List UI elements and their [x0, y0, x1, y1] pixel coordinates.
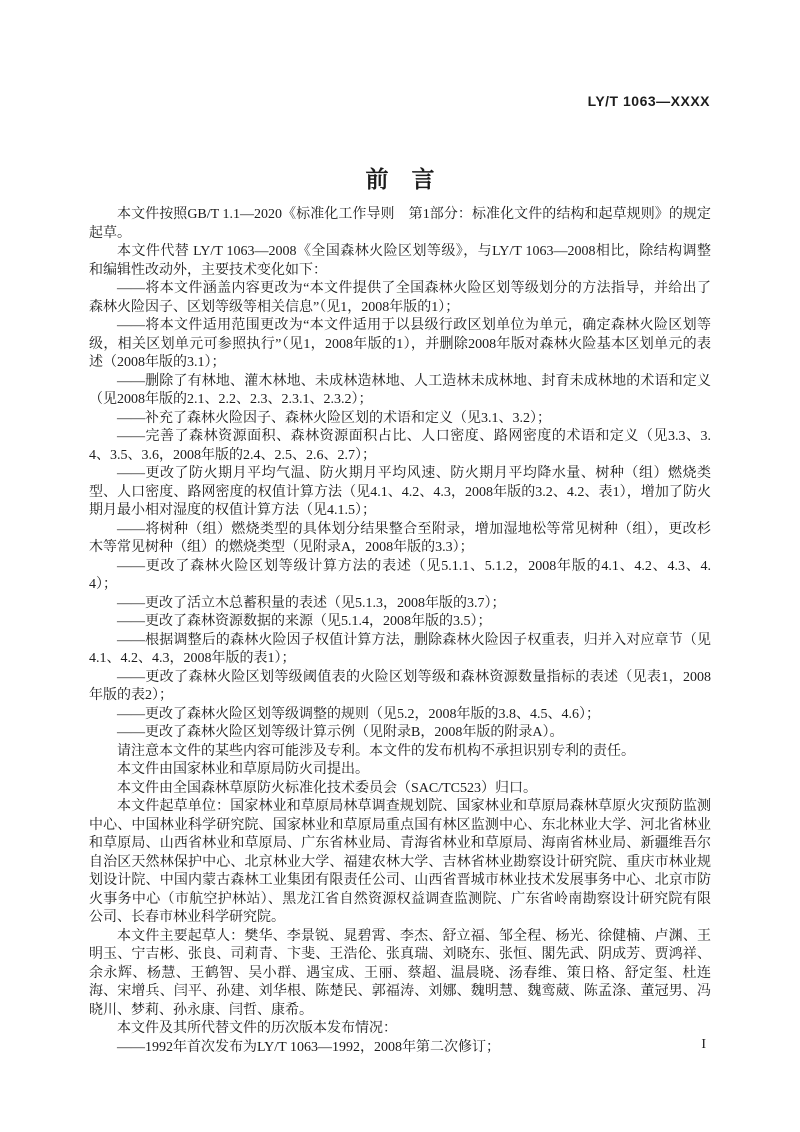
paragraph-main-drafters: 本文件主要起草人：樊华、李景锐、晁碧霄、李杰、舒立福、邹全程、杨光、徐健楠、卢渊… — [89, 928, 711, 1021]
paragraph-replacement-note: 本文件代替 LY/T 1063—2008《全国森林火险区划等级》，与LY/T 1… — [89, 243, 711, 280]
change-item-adjustment-rules: ——更改了森林火险区划等级调整的规则（见5.2，2008年版的3.8、4.5、4… — [89, 706, 711, 725]
foreword-body: 本文件按照GB/T 1.1—2020《标准化工作导则 第1部分：标准化文件的结构… — [89, 206, 711, 1057]
paragraph-version-history-intro: 本文件及其所代替文件的历次版本发布情况： — [89, 1020, 711, 1039]
paragraph-proposed-by: 本文件由国家林业和草原局防火司提出。 — [89, 761, 711, 780]
change-item-calc-example: ——更改了森林火险区划等级计算示例（见附录B，2008年版的附录A）。 — [89, 724, 711, 743]
change-item-added-terms: ——补充了森林火险因子、森林火险区划的术语和定义（见3.1、3.2）； — [89, 410, 711, 429]
paragraph-patent-note: 请注意本文件的某些内容可能涉及专利。本文件的发布机构不承担识别专利的责任。 — [89, 743, 711, 762]
version-history-item: ——1992年首次发布为LY/T 1063—1992，2008年第二次修订； — [89, 1039, 711, 1058]
change-item-improved-terms: ——完善了森林资源面积、森林资源面积占比、人口密度、路网密度的术语和定义（见3.… — [89, 428, 711, 465]
paragraph-drafting-organizations: 本文件起草单位：国家林业和草原局林草调查规划院、国家林业和草原局森林草原火灾预防… — [89, 798, 711, 928]
change-item-burning-types: ——将树种（组）燃烧类型的具体划分结果整合至附录，增加湿地松等常见树种（组），更… — [89, 521, 711, 558]
paragraph-drafting-basis: 本文件按照GB/T 1.1—2020《标准化工作导则 第1部分：标准化文件的结构… — [89, 206, 711, 243]
change-item-standing-volume: ——更改了活立木总蓄积量的表述（见5.1.3，2008年版的3.7）； — [89, 595, 711, 614]
page-title: 前 言 — [0, 161, 800, 194]
change-item-threshold-table: ——更改了森林火险区划等级阈值表的火险区划等级和森林资源数量指标的表述（见表1，… — [89, 669, 711, 706]
change-item-grade-calculation: ——更改了森林火险区划等级计算方法的表述（见5.1.1、5.1.2，2008年版… — [89, 558, 711, 595]
document-page: LY/T 1063—XXXX 前 言 本文件按照GB/T 1.1—2020《标准… — [0, 0, 800, 1132]
change-item-scope-content: ——将本文件涵盖内容更改为“本文件提供了全国森林火险区划等级划分的方法指导，并给… — [89, 280, 711, 317]
change-item-weight-methods: ——更改了防火期月平均气温、防火期月平均风速、防火期月平均降水量、树种（组）燃烧… — [89, 465, 711, 521]
standard-number-header: LY/T 1063—XXXX — [588, 93, 710, 109]
page-number: I — [701, 1037, 706, 1053]
change-item-weight-table: ——根据调整后的森林火险因子权值计算方法，删除森林火险因子权重表，归并入对应章节… — [89, 632, 711, 669]
change-item-deleted-terms: ——删除了有林地、灌木林地、未成林造林地、人工造林未成林地、封育未成林地的术语和… — [89, 373, 711, 410]
paragraph-centralized-by: 本文件由全国森林草原防火标准化技术委员会（SAC/TC523）归口。 — [89, 780, 711, 799]
change-item-applicability: ——将本文件适用范围更改为“本文件适用于以县级行政区划单位为单元，确定森林火险区… — [89, 317, 711, 373]
change-item-data-source: ——更改了森林资源数据的来源（见5.1.4，2008年版的3.5）； — [89, 613, 711, 632]
